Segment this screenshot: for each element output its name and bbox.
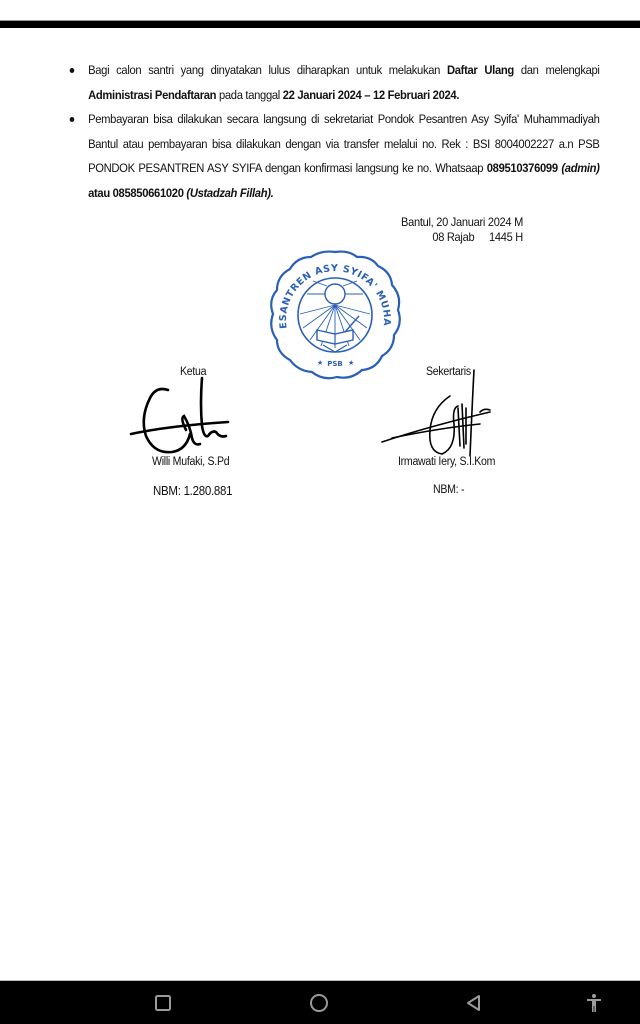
- right-signatory-nbm: NBM: -: [433, 484, 464, 496]
- square-icon: [154, 994, 172, 1012]
- left-signatory-name: Willi Mufaki, S.Pd: [152, 456, 229, 468]
- svg-text:★: ★: [317, 359, 323, 367]
- text-segment: Administrasi Pendaftaran: [88, 88, 216, 102]
- text-segment: (admin): [561, 161, 599, 175]
- right-signatory-name: Irmawati Iery, S.I.Kom: [398, 456, 495, 468]
- info-bullet-list: Bagi calon santri yang dinyatakan lulus …: [66, 58, 578, 205]
- date-gregorian: Bantul, 20 Januari 2024 M: [391, 215, 523, 230]
- home-button[interactable]: [297, 981, 341, 1024]
- text-segment: 089510376099: [487, 161, 562, 175]
- bullet-item-payment: Pembayaran bisa dilakukan secara langsun…: [66, 107, 600, 205]
- text-segment: dan melengkapi: [514, 63, 600, 77]
- triangle-left-icon: [465, 994, 483, 1012]
- svg-text:★: ★: [348, 359, 354, 367]
- bullet-item-reregistration: Bagi calon santri yang dinyatakan lulus …: [66, 58, 600, 107]
- top-status-strip: [0, 21, 640, 28]
- text-segment: 22 Januari 2024 – 12 Februari 2024.: [283, 88, 459, 102]
- date-hijri-year: 1445 H: [489, 230, 523, 245]
- back-button[interactable]: [452, 981, 496, 1024]
- circle-icon: [309, 993, 329, 1013]
- text-segment: pada tanggal: [216, 88, 283, 102]
- text-segment: (Ustadzah Fillah).: [186, 186, 273, 200]
- system-navigation-bar: [0, 980, 640, 1024]
- date-hijri-day-month: 08 Rajab: [432, 230, 474, 245]
- seal-bottom-text: PSB: [327, 360, 343, 368]
- recents-button[interactable]: [141, 981, 185, 1024]
- right-signature-icon: [380, 368, 495, 460]
- accessibility-person-icon: [585, 993, 603, 1013]
- left-signatory-nbm: NBM: 1.280.881: [153, 484, 232, 498]
- accessibility-button[interactable]: [572, 981, 616, 1024]
- date-block: Bantul, 20 Januari 2024 M 08 Rajab 1445 …: [391, 215, 523, 245]
- left-signature-icon: [128, 374, 238, 458]
- school-seal-icon: PONDOK PESANTREN ASY SYIFA' MUHAMMADIYAH…: [265, 248, 405, 382]
- text-segment: Bagi calon santri yang dinyatakan lulus …: [88, 63, 447, 77]
- text-segment: Daftar Ulang: [447, 63, 514, 77]
- text-segment: atau 085850661020: [88, 186, 186, 200]
